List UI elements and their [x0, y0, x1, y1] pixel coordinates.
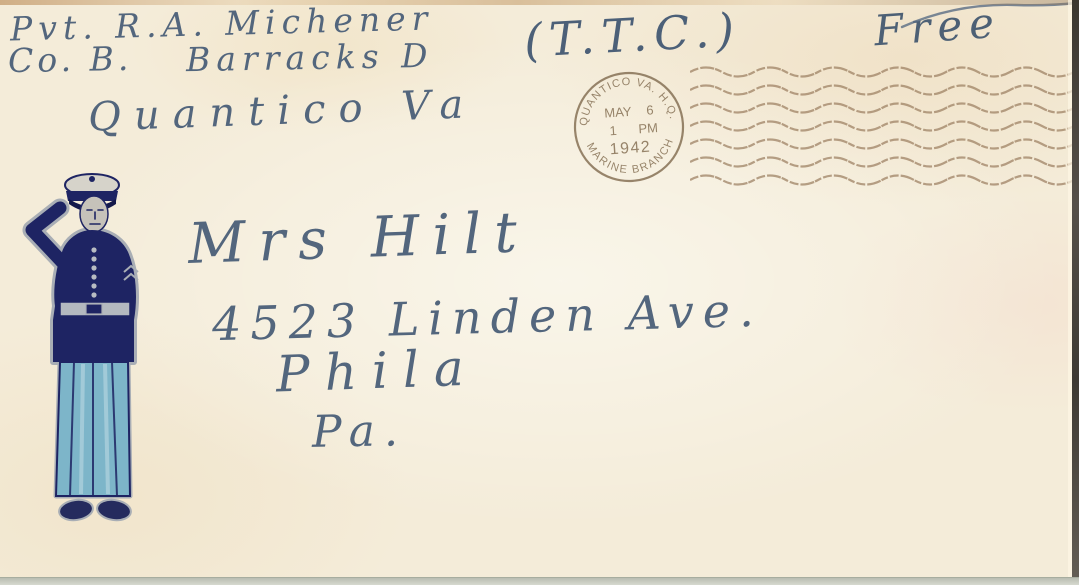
cancel-line: [690, 122, 1074, 131]
cancel-line: [690, 158, 1074, 167]
recipient-street: 4523 Linden Ave.: [211, 283, 763, 351]
postmark-day: 6: [646, 102, 654, 117]
cancellation-wavy-lines: [690, 64, 1075, 190]
marine-belt-buckle: [86, 304, 102, 314]
postmark-year: 1942: [609, 139, 652, 159]
postmark-arc-top: QUANTICO VA. H.Q.: [575, 73, 680, 128]
recipient-state: Pa.: [312, 405, 408, 458]
return-address-barracks: Barracks D: [186, 36, 434, 79]
postmark-meridiem: PM: [638, 120, 658, 136]
marine-shoe-left: [58, 498, 94, 523]
envelope-top-edge: [0, 0, 1079, 5]
recipient-name: Mrs Hilt: [187, 200, 531, 277]
envelope-scan: Pvt. R.A. Michener Co. B. Barracks D Qua…: [0, 0, 1079, 585]
cancel-line: [690, 104, 1074, 113]
marine-face: [80, 196, 108, 232]
cancel-line: [690, 176, 1074, 185]
postmark-stamp: QUANTICO VA. H.Q. MARINE BRANCH MAY 6 1 …: [556, 54, 702, 200]
marine-shoe-right: [96, 498, 132, 523]
cancel-line: [690, 140, 1074, 149]
cancel-line: [690, 86, 1074, 95]
saluting-marine-illustration: [22, 170, 162, 548]
cancel-line: [690, 68, 1074, 77]
postmark-month: MAY: [604, 104, 633, 121]
return-address-unit: Co. B.: [8, 39, 133, 80]
scan-bottom-edge: [0, 577, 1079, 585]
postmark-hour: 1: [609, 123, 617, 138]
marine-trouser-highlight: [81, 364, 83, 494]
envelope-paper: Pvt. R.A. Michener Co. B. Barracks D Qua…: [0, 0, 1079, 585]
scan-right-edge: [1072, 0, 1079, 585]
recipient-city: Phila: [275, 338, 480, 403]
return-address-city: Quantico Va: [87, 81, 477, 141]
marine-cap-emblem: [89, 176, 95, 182]
